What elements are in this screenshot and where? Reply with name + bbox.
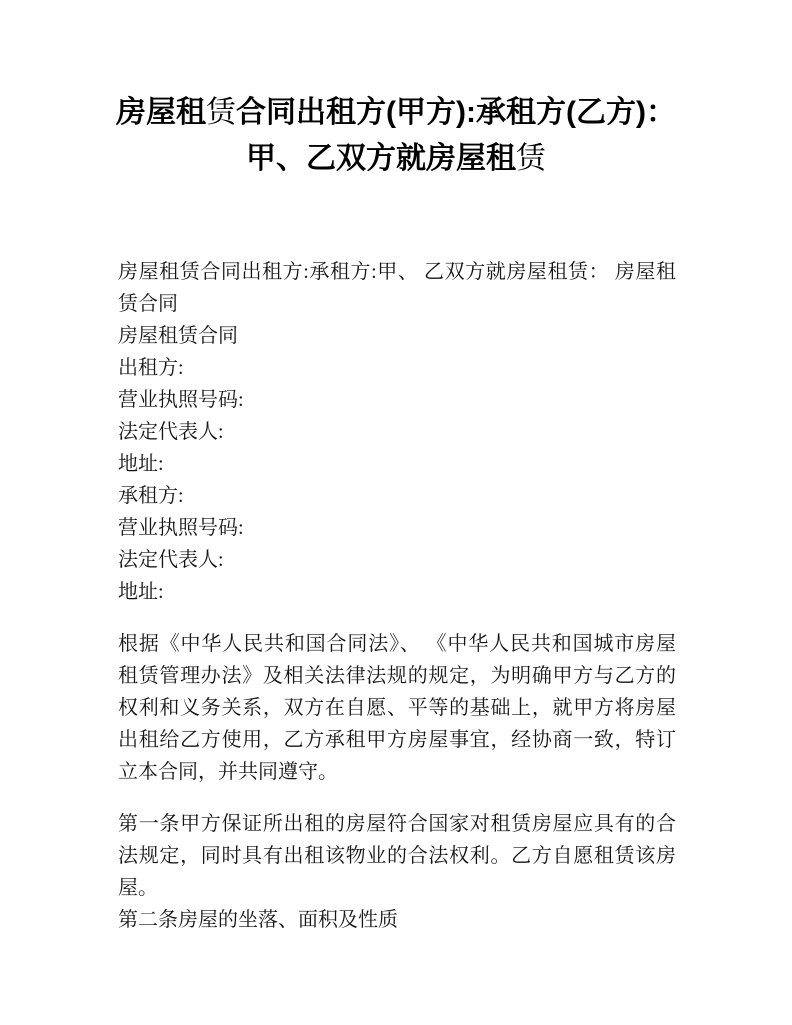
text-line: 法规定，同时具有出租该物业的合法权利。乙方自愿租赁该房 bbox=[118, 840, 676, 872]
text-line: 立本合同，并共同遵守。 bbox=[118, 756, 676, 788]
document-title: 房屋租赁合同出租方(甲方):承租方(乙方)： 甲、乙双方就房屋租赁 bbox=[0, 90, 792, 182]
text-line: 根据《中华人民共和国合同法》、 《中华人民共和国城市房屋 bbox=[118, 628, 676, 660]
body-section: 第一条甲方保证所出租的房屋符合国家对租赁房屋应具有的合法规定，同时具有出租该物业… bbox=[118, 808, 676, 936]
body-section: 房屋租赁合同出租方:承租方:甲、 乙双方就房屋租赁： 房屋租赁合同房屋租赁合同出… bbox=[118, 256, 676, 608]
text-line: 出租给乙方使用，乙方承租甲方房屋事宜，经协商一致，特订 bbox=[118, 724, 676, 756]
text-line: 地址: bbox=[118, 576, 676, 608]
text-line: 权利和义务关系，双方在自愿、平等的基础上，就甲方将房屋 bbox=[118, 692, 676, 724]
text-line: 第二条房屋的坐落、面积及性质 bbox=[118, 904, 676, 936]
title-line: 房屋租赁合同出租方(甲方):承租方(乙方)： bbox=[0, 90, 792, 136]
text-line: 承租方: bbox=[118, 480, 676, 512]
text-line: 地址: bbox=[118, 448, 676, 480]
document-body: 房屋租赁合同出租方:承租方:甲、 乙双方就房屋租赁： 房屋租赁合同房屋租赁合同出… bbox=[118, 256, 676, 936]
text-line: 屋。 bbox=[118, 872, 676, 904]
text-line: 租赁管理办法》及相关法律法规的规定，为明确甲方与乙方的 bbox=[118, 660, 676, 692]
body-section: 根据《中华人民共和国合同法》、 《中华人民共和国城市房屋租赁管理办法》及相关法律… bbox=[118, 628, 676, 788]
text-line: 法定代表人: bbox=[118, 544, 676, 576]
text-line: 房屋租赁合同 bbox=[118, 320, 676, 352]
text-line: 营业执照号码: bbox=[118, 384, 676, 416]
text-line: 营业执照号码: bbox=[118, 512, 676, 544]
fallback-glyph: 赁 bbox=[206, 96, 236, 129]
title-line: 甲、乙双方就房屋租赁 bbox=[0, 136, 792, 182]
text-line: 第一条甲方保证所出租的房屋符合国家对租赁房屋应具有的合 bbox=[118, 808, 676, 840]
fallback-glyph: 赁 bbox=[516, 142, 546, 175]
text-line: 赁合同 bbox=[118, 288, 676, 320]
text-line: 出租方: bbox=[118, 352, 676, 384]
text-line: 法定代表人: bbox=[118, 416, 676, 448]
document-page: 房屋租赁合同出租方(甲方):承租方(乙方)： 甲、乙双方就房屋租赁 房屋租赁合同… bbox=[0, 0, 792, 1025]
text-line: 房屋租赁合同出租方:承租方:甲、 乙双方就房屋租赁： 房屋租 bbox=[118, 256, 676, 288]
